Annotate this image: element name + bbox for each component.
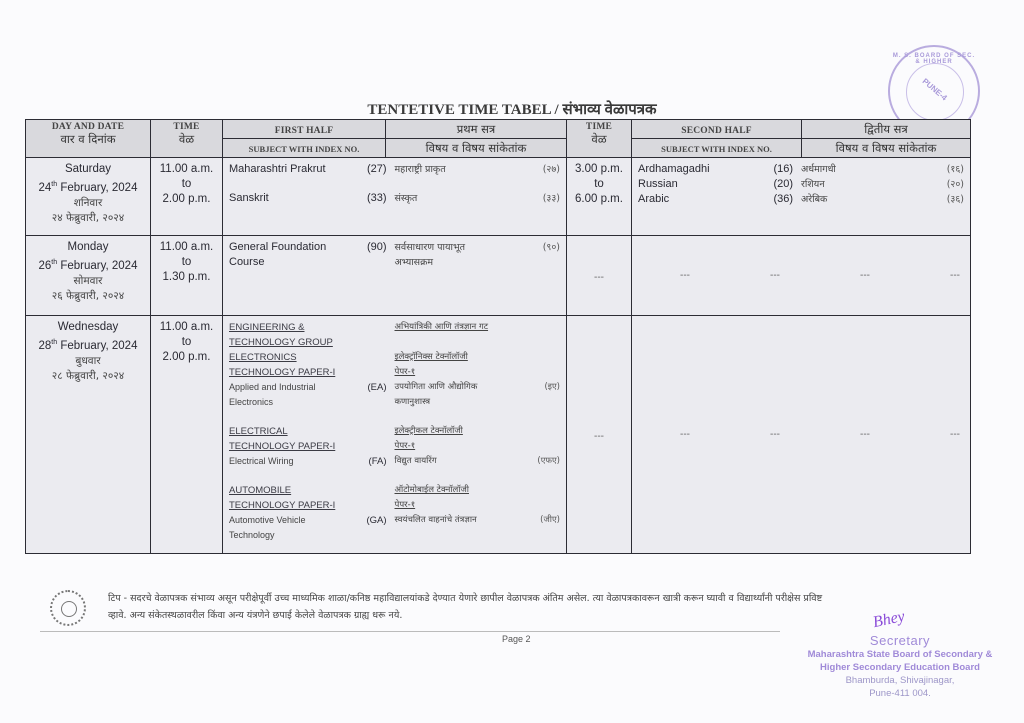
subject-name: Electronics [229, 395, 359, 410]
subject-name-mr: अर्धमागधी [799, 162, 928, 177]
date-en: 24th February, 2024 [26, 177, 150, 196]
header-day-mr: वार व दिनांक [26, 132, 150, 147]
second-half-label: SECOND HALF [681, 126, 752, 136]
subject-row: Russian (20) रशियन (२०) [638, 177, 964, 192]
subject-name: Course [229, 255, 359, 270]
empty-dash: --- [594, 272, 604, 283]
first-half-subjects: ENGINEERING & अभियांत्रिकी आणि तंत्रज्ञा… [223, 316, 567, 554]
subject-name: Technology [229, 528, 359, 543]
empty-dash: --- [770, 270, 780, 281]
header-time-2: TIME वेळ [567, 120, 632, 158]
header-first-half-en: FIRST HALF [223, 120, 386, 139]
subject-code: (36) [765, 192, 799, 207]
header-day-date: DAY AND DATE वार व दिनांक [26, 120, 151, 158]
header-time2-en: TIME [567, 122, 631, 132]
empty-dash: --- [950, 270, 960, 281]
time-end: 2.00 p.m. [151, 350, 222, 365]
board-name-line-2: Higher Secondary Education Board [780, 661, 1020, 674]
day-date-cell: Wednesday 28th February, 2024 बुधवार २८ … [26, 316, 151, 554]
subject-name-mr: विद्युत वायरिंग [393, 454, 525, 469]
address-line-2: Pune-411 004. [780, 687, 1020, 700]
time-to: to [151, 255, 222, 270]
paper-title-mr: इलेक्ट्रीकल टेक्नॉलॉजी [393, 424, 525, 439]
group-title: TECHNOLOGY GROUP [229, 335, 359, 350]
date-month-year: February, 2024 [57, 340, 137, 352]
paper-title: TECHNOLOGY PAPER-I [229, 365, 359, 380]
subject-row: General Foundation (90) सर्वसाधारण पायाभ… [229, 240, 560, 255]
empty-dash: --- [860, 270, 870, 281]
subject-name-mr: अभ्यासक्रम [393, 255, 525, 270]
subject-row: Maharashtri Prakrut (27) महाराष्ट्री प्र… [229, 162, 560, 177]
header-subject-en-2: SUBJECT WITH INDEX NO. [632, 139, 802, 158]
group-heading: ENGINEERING & अभियांत्रिकी आणि तंत्रज्ञा… [229, 320, 560, 335]
time-cell-second: 3.00 p.m. to 6.00 p.m. [567, 158, 632, 236]
subject-code: (27) [359, 162, 393, 177]
subject-row-cont: Technology [229, 528, 560, 543]
subject-code: (90) [359, 240, 393, 255]
date-day: 28 [39, 340, 52, 352]
subject-name-mr: महाराष्ट्री प्राकृत [393, 162, 525, 177]
time-start: 3.00 p.m. [567, 162, 631, 177]
subject-name: Arabic [638, 192, 765, 207]
subject-row-cont: Course अभ्यासक्रम [229, 255, 560, 270]
subject-name: General Foundation [229, 240, 359, 255]
first-half-subjects: Maharashtri Prakrut (27) महाराष्ट्री प्र… [223, 158, 567, 236]
subject-code: (16) [765, 162, 799, 177]
header-subject-en-1: SUBJECT WITH INDEX NO. [223, 139, 386, 158]
empty-dash: --- [860, 429, 870, 440]
board-logo-icon [50, 590, 86, 626]
header-time-1: TIME वेळ [151, 120, 223, 158]
empty-dash: --- [770, 429, 780, 440]
dash-row: --- --- --- --- [632, 270, 970, 281]
header-first-half-mr: प्रथम सत्र [386, 120, 567, 139]
date-en: 26th February, 2024 [26, 255, 150, 274]
time-end: 1.30 p.m. [151, 270, 222, 285]
date-mr: २८ फेब्रुवारी, २०२४ [26, 369, 150, 384]
time-cell-second: --- [567, 316, 632, 554]
subject-code-mr [524, 255, 560, 270]
subject-code-mr: (जीए) [524, 513, 560, 528]
time-to: to [567, 177, 631, 192]
subject-code-mr: (९०) [524, 240, 560, 255]
footnote-line-1: टिप - सदरचे वेळापत्रक संभाव्य असून परीक्… [108, 590, 988, 607]
first-half-subjects: General Foundation (90) सर्वसाधारण पायाभ… [223, 236, 567, 316]
paper-title-mr: पेपर-१ [393, 439, 525, 454]
time-end: 6.00 p.m. [567, 192, 631, 207]
time-cell-second: --- [567, 236, 632, 316]
subject-code-mr: (एफए) [524, 454, 560, 469]
page-title: TENTETIVE TIME TABEL / संभाव्य वेळापत्रक [0, 99, 1024, 119]
group-heading: TECHNOLOGY GROUP [229, 335, 560, 350]
day-name: Saturday [26, 162, 150, 177]
header-day-en: DAY AND DATE [26, 122, 150, 132]
empty-dash: --- [680, 429, 690, 440]
subject-name-mr: रशियन [799, 177, 928, 192]
time-start: 11.00 a.m. [151, 240, 222, 255]
time-start: 11.00 a.m. [151, 162, 222, 177]
date-day: 24 [39, 182, 52, 194]
second-half-subjects: --- --- --- --- [632, 236, 971, 316]
header-subject-mr-2: विषय व विषय सांकेतांक [802, 139, 971, 158]
time-end: 2.00 p.m. [151, 192, 222, 207]
subject-name-mr: उपयोगिता आणि औद्योगिक [393, 380, 525, 395]
empty-dash: --- [680, 270, 690, 281]
date-mr: २४ फेब्रुवारी, २०२४ [26, 211, 150, 226]
subject-code [359, 255, 393, 270]
subject-name-mr: संस्कृत [393, 191, 525, 206]
date-mr: २६ फेब्रुवारी, २०२४ [26, 289, 150, 304]
paper-title: ELECTRONICS [229, 350, 359, 365]
second-half-label-mr: द्वितीय सत्र [864, 122, 908, 136]
subject-name-mr: सर्वसाधारण पायाभूत [393, 240, 525, 255]
time-start: 11.00 a.m. [151, 320, 222, 335]
subject-row: Sanskrit (33) संस्कृत (३३) [229, 191, 560, 206]
dash-row: --- --- --- --- [632, 429, 970, 440]
day-name-mr: शनिवार [26, 196, 150, 211]
paper-heading: TECHNOLOGY PAPER-I पेपर-१ [229, 439, 560, 454]
subject-index-label-mr: विषय व विषय सांकेतांक [426, 141, 527, 155]
subject-name: Russian [638, 177, 765, 192]
paper-title: TECHNOLOGY PAPER-I [229, 498, 359, 513]
paper-title: TECHNOLOGY PAPER-I [229, 439, 359, 454]
paper-heading: AUTOMOBILE ऑटोमोबाईल टेक्नॉलॉजी [229, 483, 560, 498]
subject-name-mr: स्वयंचलित वाहनांचे तंत्रज्ञान [393, 513, 525, 528]
subject-row: Arabic (36) अरेबिक (३६) [638, 192, 964, 207]
paper-title: AUTOMOBILE [229, 483, 359, 498]
footnote: टिप - सदरचे वेळापत्रक संभाव्य असून परीक्… [108, 590, 988, 624]
subject-row: Automotive Vehicle (GA) स्वयंचलित वाहनां… [229, 513, 560, 528]
subject-name: Ardhamagadhi [638, 162, 765, 177]
paper-heading: ELECTRONICS इलेक्ट्रॉनिक्स टेक्नॉलॉजी [229, 350, 560, 365]
group-title-mr [393, 335, 525, 350]
header-second-half-en: SECOND HALF [632, 120, 802, 139]
paper-title: ELECTRICAL [229, 424, 359, 439]
paper-title-mr: पेपर-१ [393, 498, 525, 513]
table-row: Saturday 24th February, 2024 शनिवार २४ फ… [26, 158, 971, 236]
subject-code: (33) [359, 191, 393, 206]
subject-code: (EA) [359, 380, 393, 395]
subject-index-label: SUBJECT WITH INDEX NO. [249, 144, 360, 154]
header-row-1: DAY AND DATE वार व दिनांक TIME वेळ FIRST… [26, 120, 971, 139]
table-row: Wednesday 28th February, 2024 बुधवार २८ … [26, 316, 971, 554]
footnote-line-2: व्हावे. अन्य संकेतस्थळावरील किंवा अन्य य… [108, 607, 988, 624]
subject-row-cont: Electronics कणानुशास्त्र [229, 395, 560, 410]
day-date-cell: Monday 26th February, 2024 सोमवार २६ फेब… [26, 236, 151, 316]
table-row: Monday 26th February, 2024 सोमवार २६ फेब… [26, 236, 971, 316]
subject-code-mr: (२०) [928, 177, 964, 192]
time-cell-first: 11.00 a.m. to 2.00 p.m. [151, 158, 223, 236]
subject-row: Applied and Industrial (EA) उपयोगिता आणि… [229, 380, 560, 395]
address-line-1: Bhamburda, Shivajinagar, [780, 674, 1020, 687]
first-half-label-mr: प्रथम सत्र [457, 122, 496, 136]
timetable: DAY AND DATE वार व दिनांक TIME वेळ FIRST… [25, 119, 971, 554]
second-half-subjects: Ardhamagadhi (16) अर्धमागधी (१६) Russian… [632, 158, 971, 236]
second-half-subjects: --- --- --- --- [632, 316, 971, 554]
header-subject-mr-1: विषय व विषय सांकेतांक [386, 139, 567, 158]
subject-code-mr: (३६) [928, 192, 964, 207]
day-name-mr: सोमवार [26, 274, 150, 289]
date-month-year: February, 2024 [57, 260, 137, 272]
paper-heading: TECHNOLOGY PAPER-I पेपर-१ [229, 365, 560, 380]
spacer [229, 177, 560, 191]
time-cell-first: 11.00 a.m. to 2.00 p.m. [151, 316, 223, 554]
empty-dash: --- [594, 431, 604, 442]
day-name-mr: बुधवार [26, 354, 150, 369]
subject-code: (GA) [359, 513, 393, 528]
subject-name: Applied and Industrial [229, 380, 359, 395]
day-name: Wednesday [26, 320, 150, 335]
date-month-year: February, 2024 [57, 182, 137, 194]
spacer [229, 469, 560, 483]
empty-dash: --- [950, 429, 960, 440]
subject-code-mr: (३३) [524, 191, 560, 206]
subject-row: Electrical Wiring (FA) विद्युत वायरिंग (… [229, 454, 560, 469]
subject-code-mr: (इए) [524, 380, 560, 395]
header-second-half-mr: द्वितीय सत्र [802, 120, 971, 139]
subject-name: Electrical Wiring [229, 454, 359, 469]
day-date-cell: Saturday 24th February, 2024 शनिवार २४ फ… [26, 158, 151, 236]
group-title-mr: अभियांत्रिकी आणि तंत्रज्ञान गट [393, 320, 525, 335]
first-half-label: FIRST HALF [275, 126, 334, 136]
subject-index-label-mr-2: विषय व विषय सांकेतांक [836, 141, 937, 155]
subject-code-mr: (१६) [928, 162, 964, 177]
footer-divider [40, 631, 780, 632]
header-time-en: TIME [151, 122, 222, 132]
subject-code: (20) [765, 177, 799, 192]
subject-code-mr: (२७) [524, 162, 560, 177]
stamp-ring-text: M. S. BOARD OF SEC. & HIGHER [890, 53, 978, 65]
date-en: 28th February, 2024 [26, 335, 150, 354]
paper-title-mr: पेपर-१ [393, 365, 525, 380]
time-to: to [151, 335, 222, 350]
time-cell-first: 11.00 a.m. to 1.30 p.m. [151, 236, 223, 316]
secretary-stamp: Secretary Maharashtra State Board of Sec… [780, 633, 1020, 700]
paper-heading: ELECTRICAL इलेक्ट्रीकल टेक्नॉलॉजी [229, 424, 560, 439]
paper-title-mr: ऑटोमोबाईल टेक्नॉलॉजी [393, 483, 525, 498]
subject-index-label-2: SUBJECT WITH INDEX NO. [661, 144, 772, 154]
page-number: Page 2 [502, 634, 531, 644]
subject-name: Automotive Vehicle [229, 513, 359, 528]
paper-title-mr: इलेक्ट्रॉनिक्स टेक्नॉलॉजी [393, 350, 525, 365]
group-title: ENGINEERING & [229, 320, 359, 335]
day-name: Monday [26, 240, 150, 255]
time-to: to [151, 177, 222, 192]
subject-name-mr: कणानुशास्त्र [393, 395, 525, 410]
paper-heading: TECHNOLOGY PAPER-I पेपर-१ [229, 498, 560, 513]
board-name-line-1: Maharashtra State Board of Secondary & [780, 648, 1020, 661]
subject-name: Sanskrit [229, 191, 359, 206]
subject-row: Ardhamagadhi (16) अर्धमागधी (१६) [638, 162, 964, 177]
header-time2-mr: वेळ [567, 132, 631, 147]
subject-name-mr: अरेबिक [799, 192, 928, 207]
date-day: 26 [39, 260, 52, 272]
subject-code: (FA) [359, 454, 393, 469]
header-time-mr: वेळ [151, 132, 222, 147]
spacer [229, 410, 560, 424]
subject-name: Maharashtri Prakrut [229, 162, 359, 177]
secretary-title: Secretary [780, 633, 1020, 648]
